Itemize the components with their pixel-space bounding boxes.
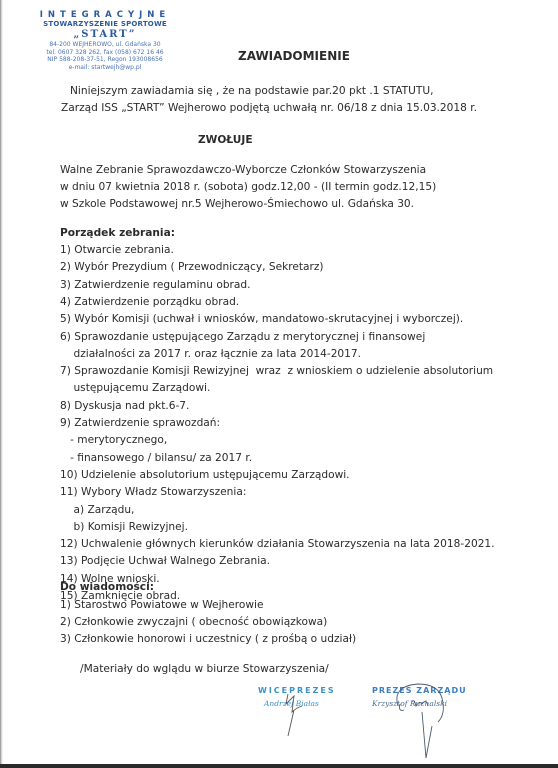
letterhead-phone: tel. 0607 328 262, fax (058) 672 16 46 xyxy=(30,49,180,57)
agenda-item: 13) Podjęcie Uchwał Walnego Zebrania. xyxy=(60,554,270,569)
intro-line: Zarząd ISS „START” Wejherowo podjętą uch… xyxy=(61,101,477,116)
recipient-item: 1) Starostwo Powiatowe w Wejherowie xyxy=(60,598,263,613)
recipient-item: 2) Członkowie zwyczajni ( obecność obowi… xyxy=(60,615,327,630)
letterhead-address: 84-200 WEJHEROWO, ul. Gdańska 30 xyxy=(30,41,180,49)
materials-note: /Materiały do wglądu w biurze Stowarzysz… xyxy=(80,662,329,677)
letterhead-ids: NIP 588-208-37-51, Regon 193008656 xyxy=(30,56,180,64)
recipient-item: 3) Członkowie honorowi i uczestnicy ( z … xyxy=(60,632,356,647)
agenda-item: 12) Uchwalenie głównych kierunków działa… xyxy=(60,537,495,552)
convenes-heading: ZWOŁUJE xyxy=(198,133,253,148)
agenda-item: 11) Wybory Władz Stowarzyszenia: xyxy=(60,485,246,500)
agenda-item: - merytorycznego, xyxy=(60,433,167,448)
agenda-heading: Porządek zebrania: xyxy=(60,226,175,241)
scan-edge-shadow xyxy=(0,0,3,764)
agenda-item: b) Komisji Rewizyjnej. xyxy=(60,520,188,535)
letterhead-club-name: „START” xyxy=(30,29,180,41)
recipients-heading: Do wiadomości: xyxy=(60,580,154,595)
document-page: INTEGRACYJNE STOWARZYSZENIE SPORTOWE „ST… xyxy=(0,0,558,764)
agenda-item: 5) Wybór Komisji (uchwał i wniosków, man… xyxy=(60,312,463,327)
vice-president-signature xyxy=(280,690,320,740)
letterhead-line2: STOWARZYSZENIE SPORTOWE xyxy=(30,20,180,29)
agenda-item: - finansowego / bilansu/ za 2017 r. xyxy=(60,451,252,466)
letterhead-line1: INTEGRACYJNE xyxy=(30,10,180,20)
meeting-line: w Szkole Podstawowej nr.5 Wejherowo-Śmie… xyxy=(60,197,414,212)
agenda-item: 2) Wybór Prezydium ( Przewodniczący, Sek… xyxy=(60,260,324,275)
agenda-item: 1) Otwarcie zebrania. xyxy=(60,243,174,258)
letterhead-email: e-mail: startwejh@wp.pl xyxy=(30,64,180,72)
agenda-item: działalności za 2017 r. oraz łącznie za … xyxy=(60,347,361,362)
letterhead: INTEGRACYJNE STOWARZYSZENIE SPORTOWE „ST… xyxy=(30,10,180,71)
agenda-item: 3) Zatwierdzenie regulaminu obrad. xyxy=(60,278,251,293)
agenda-item: 7) Sprawozdanie Komisji Rewizyjnej wraz … xyxy=(60,364,493,379)
agenda-item: 4) Zatwierdzenie porządku obrad. xyxy=(60,295,239,310)
agenda-item: ustępującemu Zarządowi. xyxy=(60,381,210,396)
agenda-item: a) Zarządu, xyxy=(60,503,134,518)
agenda-item: 10) Udzielenie absolutorium ustępującemu… xyxy=(60,468,350,483)
scan-bottom-edge xyxy=(0,764,558,768)
meeting-line: w dniu 07 kwietnia 2018 r. (sobota) godz… xyxy=(60,180,436,195)
intro-line: Niniejszym zawiadamia się , że na podsta… xyxy=(70,84,434,99)
president-signature xyxy=(380,678,450,763)
document-title: ZAWIADOMIENIE xyxy=(238,49,350,64)
agenda-item: 8) Dyskusja nad pkt.6-7. xyxy=(60,399,189,414)
meeting-line: Walne Zebranie Sprawozdawczo-Wyborcze Cz… xyxy=(60,163,426,178)
agenda-item: 9) Zatwierdzenie sprawozdań: xyxy=(60,416,220,431)
agenda-item: 6) Sprawozdanie ustępującego Zarządu z m… xyxy=(60,330,425,345)
